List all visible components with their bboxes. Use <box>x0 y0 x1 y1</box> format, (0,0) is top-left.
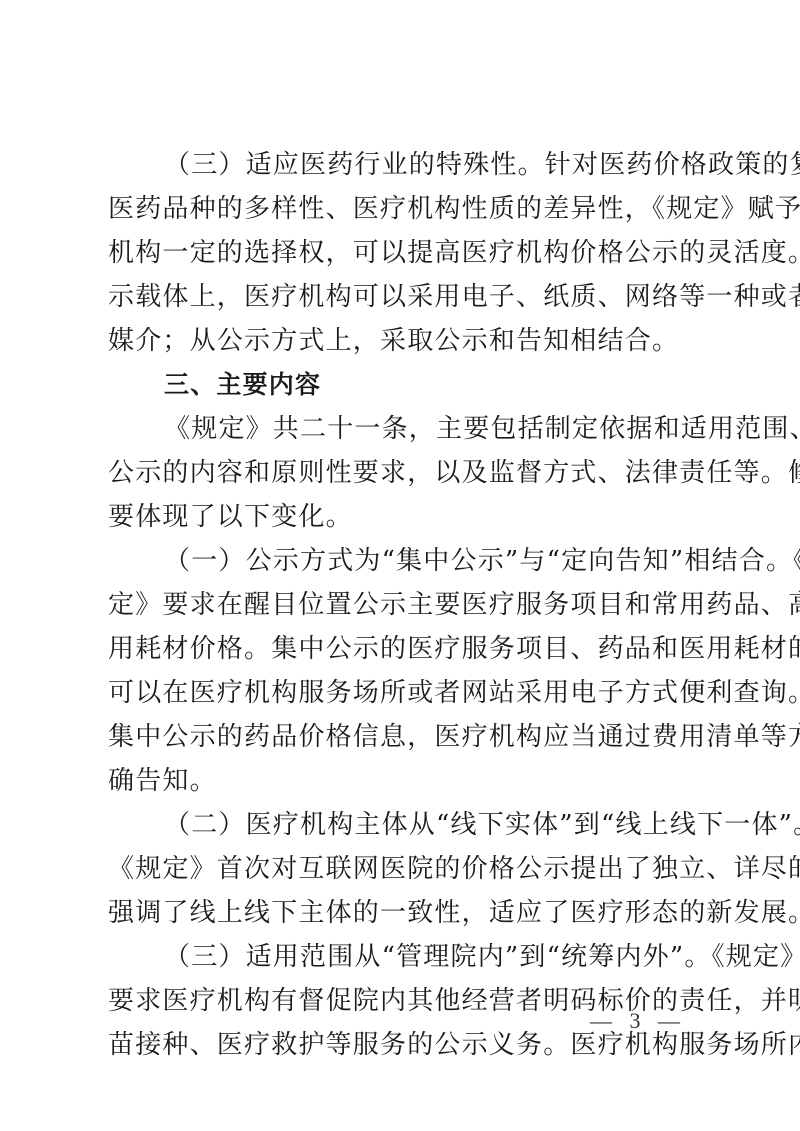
paragraph-line: 用耗材价格。集中公示的医疗服务项目、药品和医用耗材的价格， <box>108 627 696 671</box>
paragraph-line: （三）适应医药行业的特殊性。针对医药价格政策的复杂性、 <box>108 143 696 187</box>
paragraph-line: 要体现了以下变化。 <box>108 495 696 539</box>
paragraph-change-2: （二）医疗机构主体从“线下实体”到“线上线下一体”。 《规定》首次对互联网医院的… <box>108 803 696 935</box>
paragraph-line: 示载体上，医疗机构可以采用电子、纸质、网络等一种或者多种 <box>108 275 696 319</box>
paragraph-change-3: （三）适用范围从“管理院内”到“统筹内外”。《规定》 要求医疗机构有督促院内其他… <box>108 935 696 1067</box>
paragraph-overview: 《规定》共二十一条，主要包括制定依据和适用范围、价格 公示的内容和原则性要求，以… <box>108 407 696 539</box>
paragraph-line: （二）医疗机构主体从“线下实体”到“线上线下一体”。 <box>108 803 696 847</box>
paragraph-line: 强调了线上线下主体的一致性，适应了医疗形态的新发展。 <box>108 891 696 935</box>
section-heading: 三、主要内容 <box>108 363 696 407</box>
document-page: （三）适应医药行业的特殊性。针对医药价格政策的复杂性、 医药品种的多样性、医疗机… <box>108 143 696 1067</box>
paragraph-line: 媒介；从公示方式上，采取公示和告知相结合。 <box>108 319 696 363</box>
paragraph-line: 可以在医疗机构服务场所或者网站采用电子方式便利查询。不宜 <box>108 671 696 715</box>
paragraph-line: 机构一定的选择权，可以提高医疗机构价格公示的灵活度。从公 <box>108 231 696 275</box>
paragraph-line: 集中公示的药品价格信息，医疗机构应当通过费用清单等方式明 <box>108 715 696 759</box>
paragraph-line: 医药品种的多样性、医疗机构性质的差异性，《规定》赋予医疗 <box>108 187 696 231</box>
paragraph-line: 定》要求在醒目位置公示主要医疗服务项目和常用药品、高值医 <box>108 583 696 627</box>
paragraph-line: （一）公示方式为“集中公示”与“定向告知”相结合。《规 <box>108 539 696 583</box>
paragraph-line: （三）适用范围从“管理院内”到“统筹内外”。《规定》 <box>108 935 696 979</box>
paragraph-line: 确告知。 <box>108 759 696 803</box>
paragraph-line: 《规定》共二十一条，主要包括制定依据和适用范围、价格 <box>108 407 696 451</box>
paragraph-line: 公示的内容和原则性要求，以及监督方式、法律责任等。修订主 <box>108 451 696 495</box>
paragraph-line: 《规定》首次对互联网医院的价格公示提出了独立、详尽的要求， <box>108 847 696 891</box>
paragraph-change-1: （一）公示方式为“集中公示”与“定向告知”相结合。《规 定》要求在醒目位置公示主… <box>108 539 696 803</box>
page-number: — 3 — <box>590 1006 686 1036</box>
paragraph-adapt-industry: （三）适应医药行业的特殊性。针对医药价格政策的复杂性、 医药品种的多样性、医疗机… <box>108 143 696 363</box>
